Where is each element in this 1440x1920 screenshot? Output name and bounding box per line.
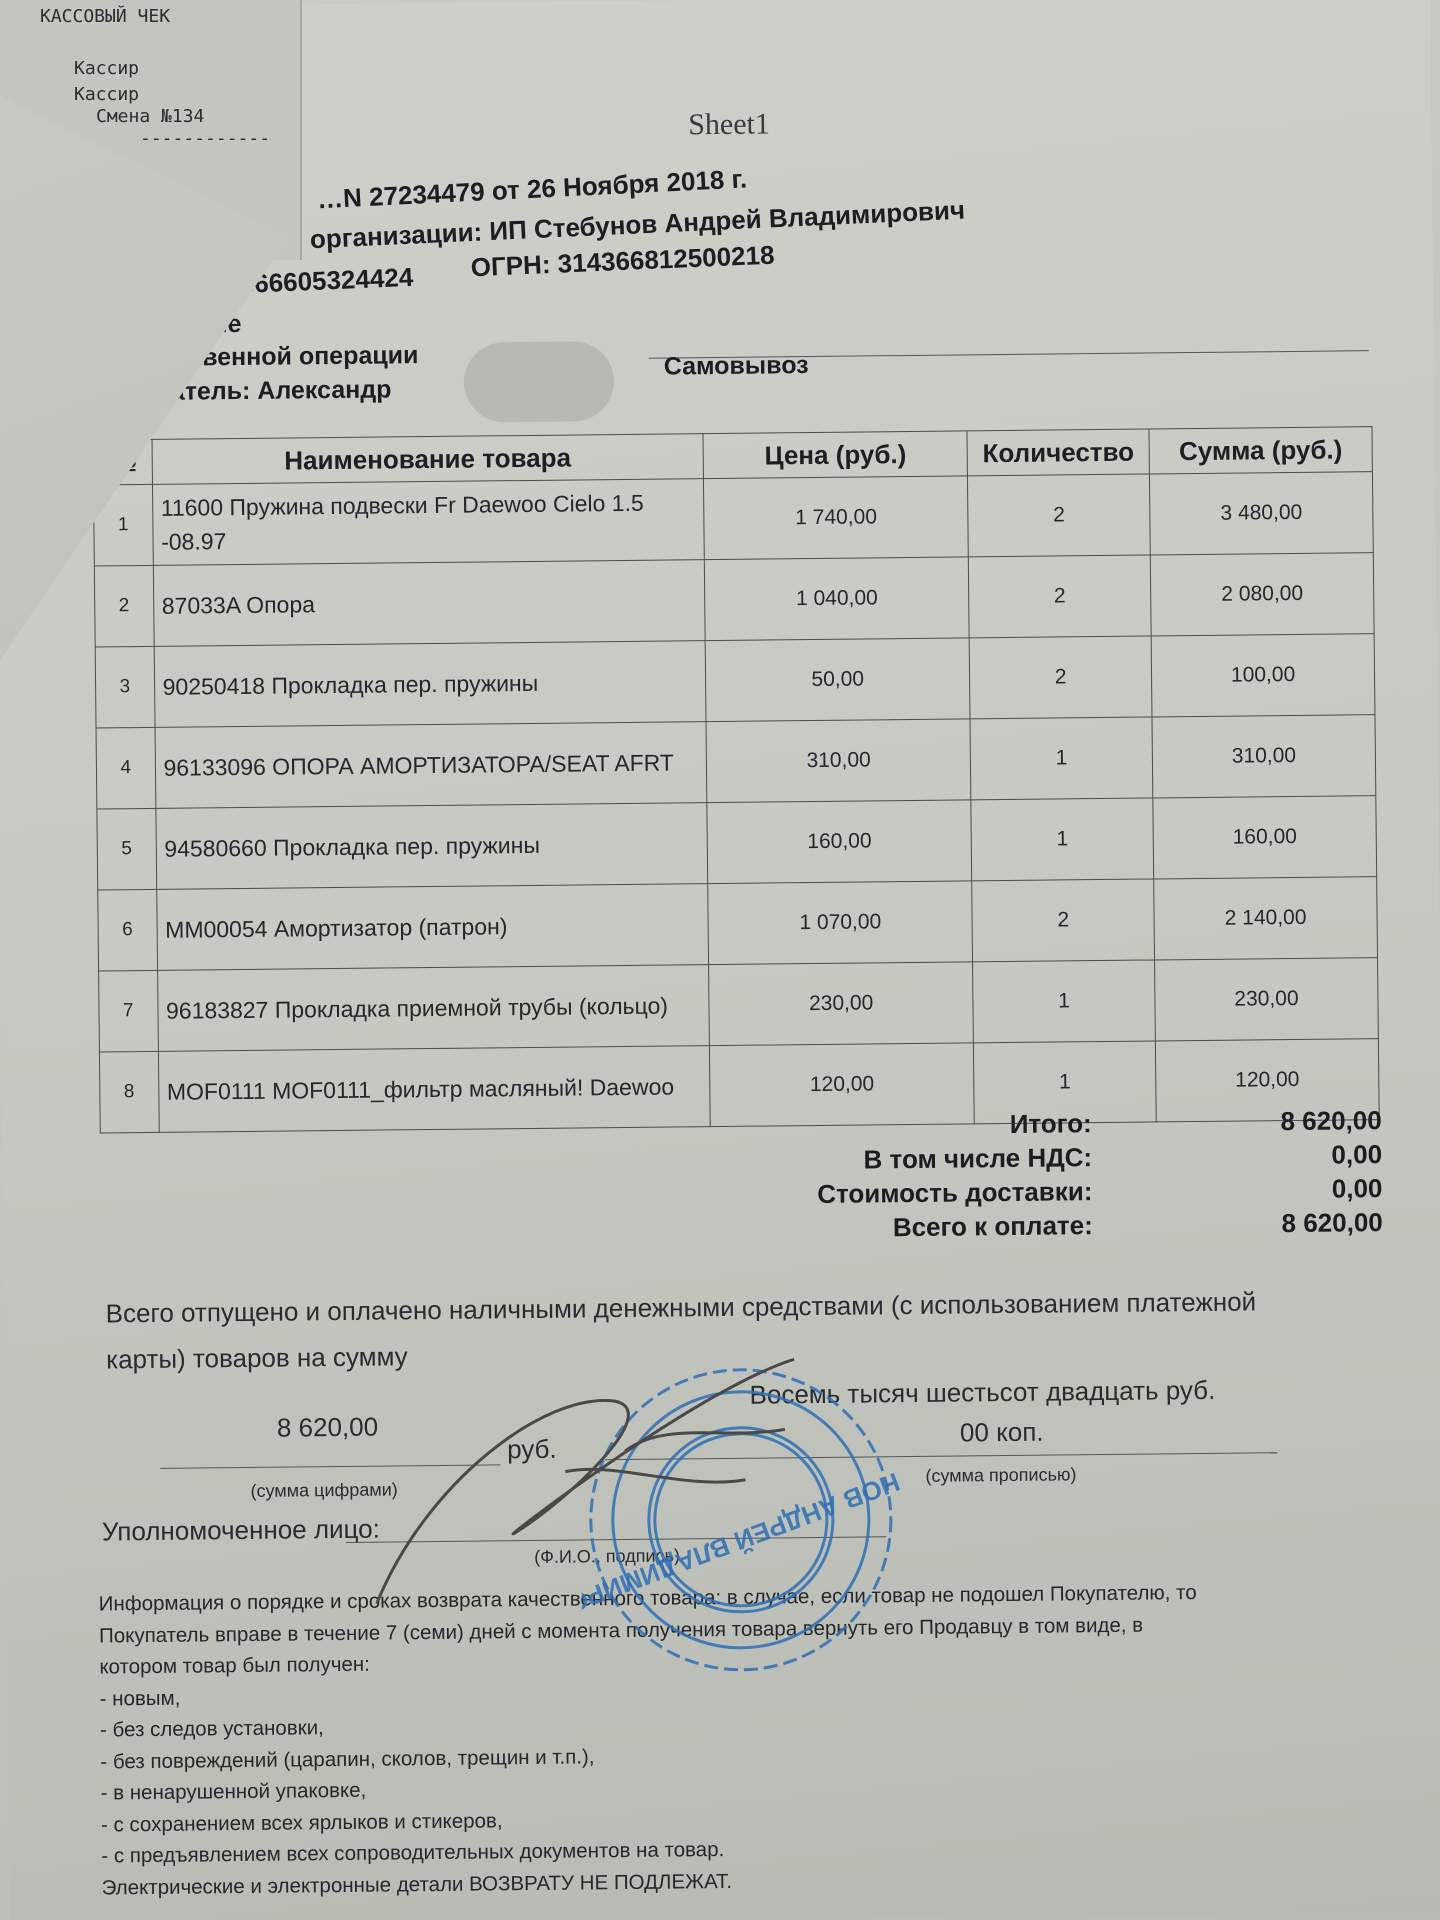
col-sum: Сумма (руб.)	[1149, 427, 1372, 474]
item-sum: 2 140,00	[1154, 877, 1378, 960]
table-row: 496133096 ОПОРА АМОРТИЗАТОРА/SEAT AFRT31…	[96, 715, 1376, 809]
item-name: MOF0111 MOF0111_фильтр масляный! Daewoo	[158, 1046, 710, 1133]
row-number: 4	[96, 727, 155, 809]
grand-total-value: 8 620,00	[1093, 1207, 1383, 1244]
item-name: 94580660 Прокладка пер. пружины	[155, 803, 707, 890]
vat-label: В том числе НДС:	[712, 1142, 1092, 1180]
items-table: № Наименование товара Цена (руб.) Количе…	[93, 426, 1380, 1133]
amount-digits: 8 620,00	[277, 1412, 379, 1444]
col-quantity: Количество	[967, 429, 1149, 476]
vat-value: 0,00	[1092, 1139, 1382, 1176]
payment-text-line2: карты) товаров на сумму	[106, 1341, 408, 1375]
item-sum: 230,00	[1155, 958, 1379, 1041]
row-number: 7	[99, 970, 158, 1052]
item-price: 1 740,00	[704, 476, 969, 560]
table-row: 390250418 Прокладка пер. пружины50,00210…	[95, 634, 1375, 728]
item-quantity: 2	[968, 474, 1151, 557]
delivery-cost-label: Стоимость доставки:	[712, 1176, 1092, 1214]
row-number: 8	[99, 1051, 158, 1133]
item-name: 90250418 Прокладка пер. пружины	[154, 641, 706, 728]
total-value: 8 620,00	[1092, 1105, 1382, 1142]
item-price: 230,00	[709, 962, 974, 1046]
item-name: 96183827 Прокладка приемной трубы (кольц…	[157, 965, 709, 1052]
amount-words-2: 00 коп.	[960, 1417, 1044, 1449]
item-name: 11600 Пружина подвески Fr Daewoo Cielo 1…	[152, 479, 704, 566]
table-row: 287033A Опора1 040,0022 080,00	[94, 553, 1374, 647]
item-quantity: 2	[969, 555, 1152, 638]
item-quantity: 1	[971, 798, 1154, 881]
ogrn-line: ОГРН: 314366812500218	[470, 240, 775, 284]
delivery-cost-value: 0,00	[1092, 1173, 1382, 1210]
totals-block: Итого:8 620,00 В том числе НДС:0,00 Стои…	[702, 1105, 1383, 1248]
receipt-cashier-2: Кассир	[74, 84, 139, 105]
item-price: 1 070,00	[708, 881, 973, 965]
row-number: 3	[95, 646, 154, 728]
row-number: 6	[98, 889, 157, 971]
col-price: Цена (руб.)	[703, 431, 967, 479]
table-row: 111600 Пружина подвески Fr Daewoo Cielo …	[93, 472, 1373, 566]
item-price: 1 040,00	[705, 557, 970, 641]
words-caption: (сумма прописью)	[925, 1464, 1076, 1487]
sheet-title: Sheet1	[688, 107, 770, 142]
item-sum: 3 480,00	[1149, 472, 1373, 555]
item-name: 87033A Опора	[153, 560, 705, 647]
delivery-method: Самовывоз	[664, 351, 809, 382]
item-quantity: 2	[972, 879, 1155, 962]
redacted-area	[464, 341, 615, 423]
table-row: 796183827 Прокладка приемной трубы (коль…	[99, 958, 1379, 1052]
item-sum: 160,00	[1153, 796, 1377, 879]
item-price: 50,00	[705, 638, 970, 722]
item-price: 310,00	[706, 719, 971, 803]
row-number: 2	[94, 565, 153, 647]
receipt-shift: Смена №134	[96, 106, 204, 127]
table-row: 6MM00054 Амортизатор (патрон)1 070,0022 …	[98, 877, 1378, 971]
item-quantity: 1	[970, 717, 1153, 800]
item-sum: 100,00	[1151, 634, 1375, 717]
authorized-person-label: Уполномоченное лицо:	[102, 1514, 380, 1548]
payment-text-line1: Всего отпущено и оплачено наличными дене…	[106, 1286, 1257, 1329]
receipt-dashes: ------------	[140, 128, 270, 149]
receipt-cashier: Кассир	[74, 58, 139, 79]
col-name: Наименование товара	[152, 434, 704, 485]
item-name: 96133096 ОПОРА АМОРТИЗАТОРА/SEAT AFRT	[155, 722, 707, 809]
item-name: MM00054 Амортизатор (патрон)	[156, 884, 708, 971]
signature-icon	[364, 1328, 927, 1634]
item-quantity: 1	[973, 960, 1156, 1043]
table-row: 594580660 Прокладка пер. пружины160,0011…	[97, 796, 1377, 890]
item-sum: 2 080,00	[1150, 553, 1374, 636]
grand-total-label: Всего к оплате:	[713, 1210, 1093, 1248]
item-sum: 310,00	[1152, 715, 1376, 798]
receipt-title: КАССОВЫЙ ЧЕК	[40, 6, 170, 27]
item-quantity: 2	[969, 636, 1152, 719]
item-price: 160,00	[707, 800, 972, 884]
grand-total-row: Всего к оплате:8 620,00	[703, 1207, 1383, 1248]
row-number: 5	[97, 808, 156, 890]
total-label: Итого:	[712, 1108, 1092, 1146]
